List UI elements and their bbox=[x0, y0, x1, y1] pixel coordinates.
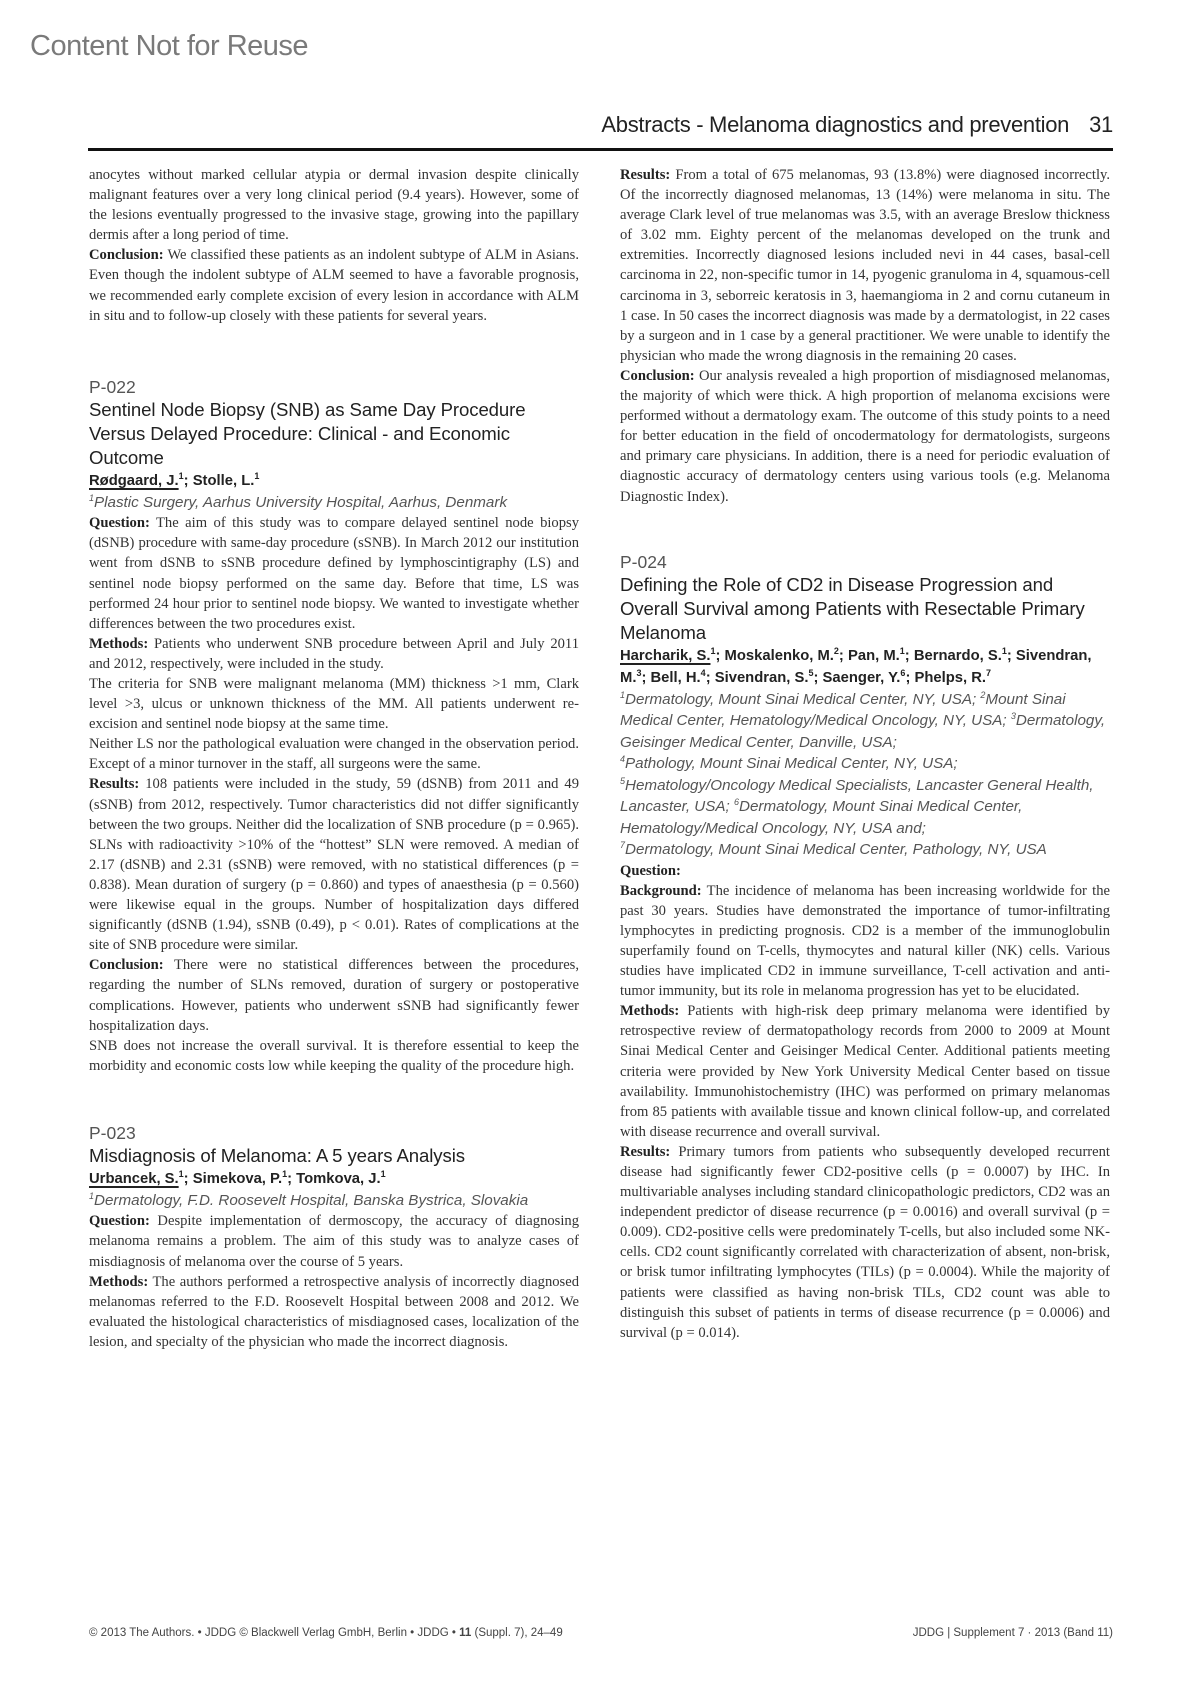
methods-paragraph: Methods: The authors performed a retrosp… bbox=[89, 1272, 579, 1352]
author-presenter: Rødgaard, J. bbox=[89, 473, 179, 489]
author: Bernardo, S. bbox=[914, 648, 1002, 664]
author: Pan, M. bbox=[848, 648, 900, 664]
right-column: Results: From a total of 675 melanomas, … bbox=[620, 165, 1110, 1343]
question-paragraph: Question: The aim of this study was to c… bbox=[89, 513, 579, 634]
author: Saenger, Y. bbox=[823, 670, 901, 686]
author-presenter: Urbancek, S. bbox=[89, 1171, 179, 1187]
author: Moskalenko, M. bbox=[725, 648, 834, 664]
watermark: Content Not for Reuse bbox=[30, 30, 308, 63]
footer-journal-info: JDDG | Supplement 7 · 2013 (Band 11) bbox=[913, 1627, 1113, 1639]
abstract-title: Sentinel Node Biopsy (SNB) as Same Day P… bbox=[89, 398, 579, 470]
author-presenter: Harcharik, S. bbox=[620, 648, 710, 664]
author-list: Urbancek, S.1; Simekova, P.1; Tomkova, J… bbox=[89, 1168, 579, 1190]
conclusion-paragraph: Conclusion: Our analysis revealed a high… bbox=[620, 366, 1110, 507]
author: Sivendran, S. bbox=[715, 670, 809, 686]
author: Stolle, L. bbox=[193, 473, 255, 489]
author: Tomkova, J. bbox=[296, 1171, 380, 1187]
author: Simekova, P. bbox=[193, 1171, 282, 1187]
question-label: Question: bbox=[620, 861, 1110, 881]
methods-paragraph: Methods: Patients who underwent SNB proc… bbox=[89, 634, 579, 674]
methods-paragraph: Methods: Patients with high-risk deep pr… bbox=[620, 1001, 1110, 1142]
author: Phelps, R. bbox=[914, 670, 986, 686]
abstract-title: Misdiagnosis of Melanoma: A 5 years Anal… bbox=[89, 1144, 579, 1168]
results-paragraph: Results: Primary tumors from patients wh… bbox=[620, 1142, 1110, 1343]
methods-paragraph-3: Neither LS nor the pathological evaluati… bbox=[89, 734, 579, 774]
continued-text: anocytes without marked cellular atypia … bbox=[89, 165, 579, 245]
abstract-p023: P-023 Misdiagnosis of Melanoma: A 5 year… bbox=[89, 1122, 579, 1352]
results-paragraph: Results: 108 patients were included in t… bbox=[89, 774, 579, 955]
continued-conclusion: Conclusion: We classified these patients… bbox=[89, 245, 579, 325]
abstract-p022: P-022 Sentinel Node Biopsy (SNB) as Same… bbox=[89, 376, 579, 1076]
running-header: Abstracts - Melanoma diagnostics and pre… bbox=[88, 112, 1113, 138]
abstract-p024: P-024 Defining the Role of CD2 in Diseas… bbox=[620, 551, 1110, 1343]
header-rule bbox=[88, 148, 1113, 151]
question-paragraph: Question: Despite implementation of derm… bbox=[89, 1211, 579, 1271]
affiliation-list: 1Dermatology, Mount Sinai Medical Center… bbox=[620, 689, 1110, 861]
methods-paragraph-2: The criteria for SNB were malignant mela… bbox=[89, 674, 579, 734]
abstract-id: P-022 bbox=[89, 376, 579, 398]
conclusion-paragraph: Conclusion: There were no statistical di… bbox=[89, 955, 579, 1035]
abstract-p023-continued: Results: From a total of 675 melanomas, … bbox=[620, 165, 1110, 507]
background-paragraph: Background: The incidence of melanoma ha… bbox=[620, 881, 1110, 1002]
conclusion-paragraph-2: SNB does not increase the overall surviv… bbox=[89, 1036, 579, 1076]
author-list: Rødgaard, J.1; Stolle, L.1 bbox=[89, 470, 579, 492]
section-title: Abstracts - Melanoma diagnostics and pre… bbox=[601, 112, 1069, 137]
affiliation: 1Dermatology, F.D. Roosevelt Hospital, B… bbox=[89, 1190, 579, 1212]
results-paragraph: Results: From a total of 675 melanomas, … bbox=[620, 165, 1110, 366]
left-column: anocytes without marked cellular atypia … bbox=[89, 165, 579, 1352]
author-list: Harcharik, S.1; Moskalenko, M.2; Pan, M.… bbox=[620, 645, 1110, 689]
page-number: 31 bbox=[1089, 112, 1113, 137]
footer-copyright: © 2013 The Authors. • JDDG © Blackwell V… bbox=[89, 1627, 563, 1639]
abstract-title: Defining the Role of CD2 in Disease Prog… bbox=[620, 573, 1110, 645]
abstract-id: P-024 bbox=[620, 551, 1110, 573]
affiliation: 1Plastic Surgery, Aarhus University Hosp… bbox=[89, 492, 579, 514]
abstract-id: P-023 bbox=[89, 1122, 579, 1144]
conclusion-label: Conclusion: bbox=[89, 247, 164, 263]
author: Bell, H. bbox=[651, 670, 701, 686]
